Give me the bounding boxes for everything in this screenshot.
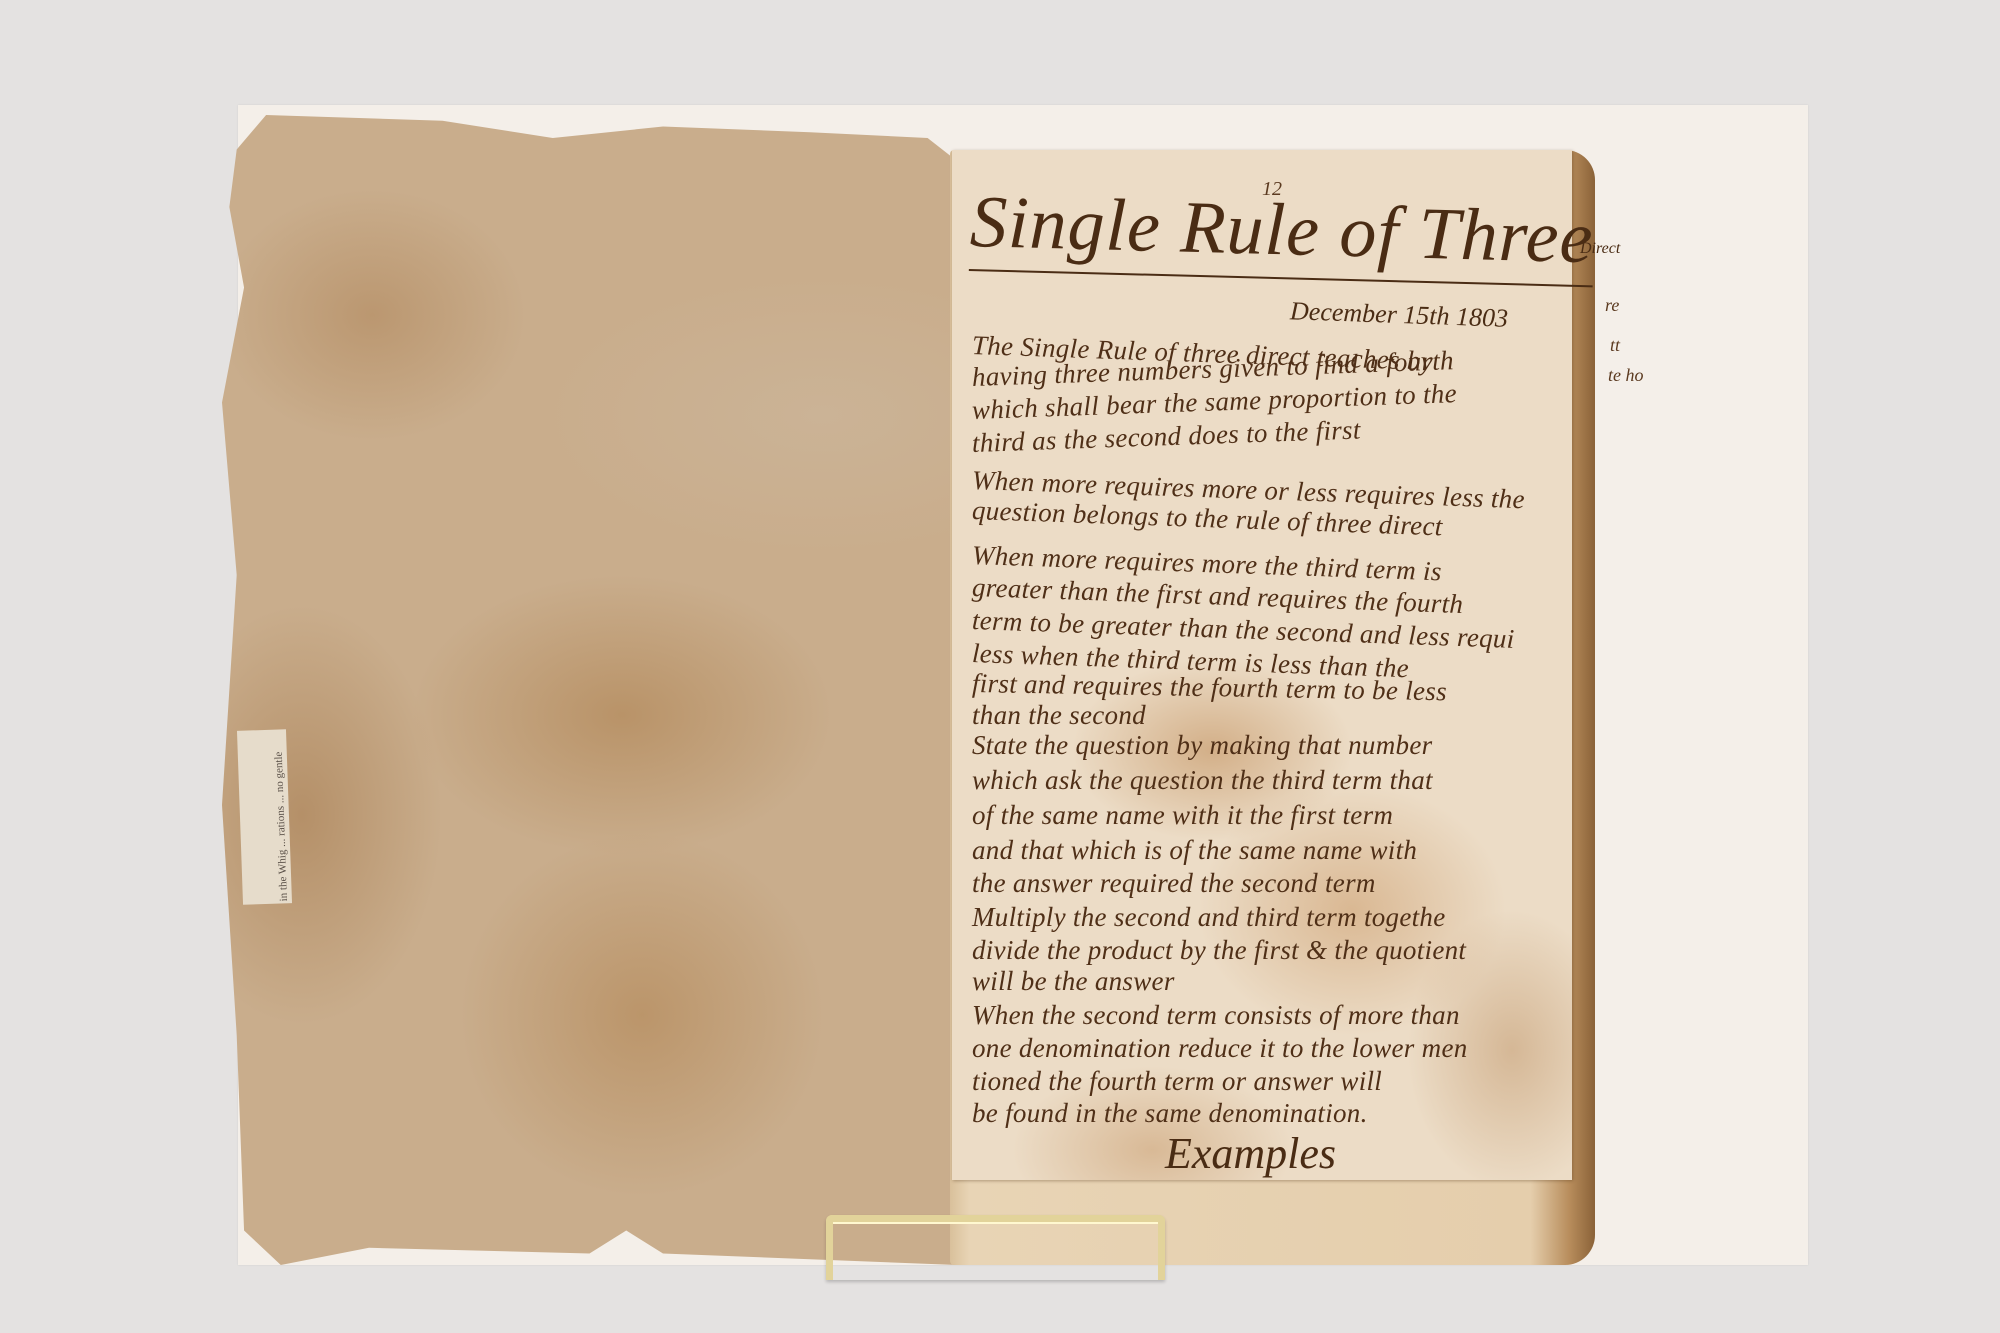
text-line: tioned the fourth term or answer will xyxy=(972,1066,1382,1097)
text-line: be found in the same denomination. xyxy=(972,1098,1368,1129)
text-line: of the same name with it the first term xyxy=(972,800,1393,831)
text-line: the answer required the second term xyxy=(972,868,1376,899)
text-line: will be the answer xyxy=(972,966,1175,997)
text-line: divide the product by the first & the qu… xyxy=(972,935,1466,966)
text-line: and that which is of the same name with xyxy=(972,835,1417,866)
text-line: Multiply the second and third term toget… xyxy=(972,902,1446,933)
newspaper-fragment: in the Whig ... rations ... no gentle xyxy=(237,729,292,905)
text-line: than the second xyxy=(972,700,1146,731)
examples-heading: Examples xyxy=(1165,1128,1336,1179)
text-line: State the question by making that number xyxy=(972,730,1432,761)
text-line: which ask the question the third term th… xyxy=(972,765,1433,796)
page-title-suffix: Direct xyxy=(1580,240,1620,258)
margin-note: re xyxy=(1605,295,1619,316)
left-page-cover xyxy=(222,115,957,1265)
margin-note: tt xyxy=(1610,335,1620,356)
page-title: Single Rule of Three xyxy=(969,180,1595,287)
margin-note: te ho xyxy=(1608,365,1644,386)
text-line: When the second term consists of more th… xyxy=(972,1000,1460,1031)
text-line: one denomination reduce it to the lower … xyxy=(972,1033,1468,1064)
brass-display-stand xyxy=(826,1215,1165,1280)
